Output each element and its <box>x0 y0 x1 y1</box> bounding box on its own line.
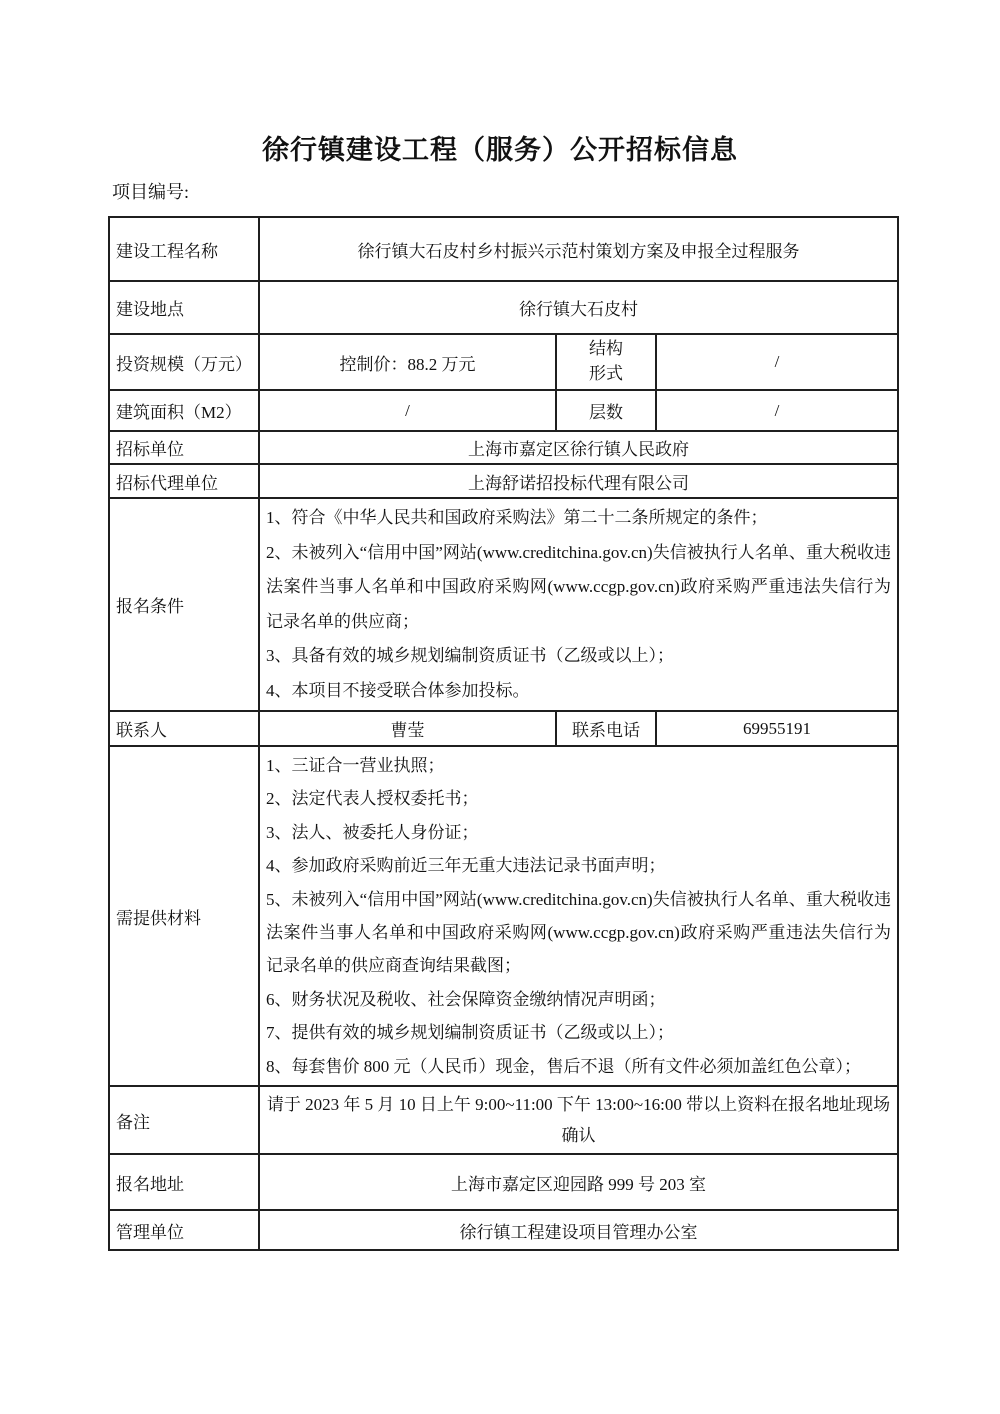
row-tender-unit: 招标单位 上海市嘉定区徐行镇人民政府 <box>109 431 898 464</box>
material-item: 6、财务状况及税收、社会保障资金缴纳情况声明函； <box>266 983 891 1016</box>
area-value: / <box>259 390 556 431</box>
investment-label: 投资规模（万元） <box>109 334 259 390</box>
contact-label: 联系人 <box>109 711 259 746</box>
material-item: 8、每套售价 800 元（人民币）现金，售后不退（所有文件必须加盖红色公章）； <box>266 1050 891 1083</box>
tender-unit-value: 上海市嘉定区徐行镇人民政府 <box>259 431 898 464</box>
remarks-label: 备注 <box>109 1086 259 1154</box>
material-item: 7、提供有效的城乡规划编制资质证书（乙级或以上）； <box>266 1016 891 1049</box>
row-area: 建筑面积（M2） / 层数 / <box>109 390 898 431</box>
location-value: 徐行镇大石皮村 <box>259 281 898 334</box>
row-address: 报名地址 上海市嘉定区迎园路 999 号 203 室 <box>109 1154 898 1210</box>
location-label: 建设地点 <box>109 281 259 334</box>
row-management: 管理单位 徐行镇工程建设项目管理办公室 <box>109 1210 898 1250</box>
material-item: 2、法定代表人授权委托书； <box>266 782 891 815</box>
structure-type-label-text: 结构形式 <box>587 337 624 386</box>
material-item: 5、未被列入“信用中国”网站(www.creditchina.gov.cn)失信… <box>266 883 891 983</box>
phone-value: 69955191 <box>656 711 898 746</box>
structure-type-label: 结构形式 <box>556 334 656 390</box>
phone-label: 联系电话 <box>556 711 656 746</box>
materials-list: 1、三证合一营业执照； 2、法定代表人授权委托书； 3、法人、被委托人身份证； … <box>259 746 898 1086</box>
row-investment: 投资规模（万元） 控制价：88.2 万元 结构形式 / <box>109 334 898 390</box>
tender-info-table: 建设工程名称 徐行镇大石皮村乡村振兴示范村策划方案及申报全过程服务 建设地点 徐… <box>108 216 899 1251</box>
conditions-label: 报名条件 <box>109 498 259 711</box>
condition-item: 2、未被列入“信用中国”网站(www.creditchina.gov.cn)失信… <box>266 536 891 640</box>
row-location: 建设地点 徐行镇大石皮村 <box>109 281 898 334</box>
conditions-list: 1、符合《中华人民共和国政府采购法》第二十二条所规定的条件； 2、未被列入“信用… <box>259 498 898 711</box>
row-agency: 招标代理单位 上海舒诺招投标代理有限公司 <box>109 464 898 498</box>
floors-label: 层数 <box>556 390 656 431</box>
row-contact: 联系人 曹莹 联系电话 69955191 <box>109 711 898 746</box>
agency-value: 上海舒诺招投标代理有限公司 <box>259 464 898 498</box>
project-number-label: 项目编号: <box>112 178 189 204</box>
management-value: 徐行镇工程建设项目管理办公室 <box>259 1210 898 1250</box>
row-project-name: 建设工程名称 徐行镇大石皮村乡村振兴示范村策划方案及申报全过程服务 <box>109 217 898 281</box>
management-label: 管理单位 <box>109 1210 259 1250</box>
address-value: 上海市嘉定区迎园路 999 号 203 室 <box>259 1154 898 1210</box>
material-item: 4、参加政府采购前近三年无重大违法记录书面声明； <box>266 849 891 882</box>
condition-item: 1、符合《中华人民共和国政府采购法》第二十二条所规定的条件； <box>266 501 891 536</box>
remarks-value: 请于 2023 年 5 月 10 日上午 9:00~11:00 下午 13:00… <box>259 1086 898 1154</box>
material-item: 3、法人、被委托人身份证； <box>266 816 891 849</box>
condition-item: 4、本项目不接受联合体参加投标。 <box>266 674 891 709</box>
project-name-value: 徐行镇大石皮村乡村振兴示范村策划方案及申报全过程服务 <box>259 217 898 281</box>
row-remarks: 备注 请于 2023 年 5 月 10 日上午 9:00~11:00 下午 13… <box>109 1086 898 1154</box>
project-name-label: 建设工程名称 <box>109 217 259 281</box>
area-label: 建筑面积（M2） <box>109 390 259 431</box>
contact-value: 曹莹 <box>259 711 556 746</box>
floors-value: / <box>656 390 898 431</box>
row-conditions: 报名条件 1、符合《中华人民共和国政府采购法》第二十二条所规定的条件； 2、未被… <box>109 498 898 711</box>
document-page: 徐行镇建设工程（服务）公开招标信息 项目编号: 建设工程名称 徐行镇大石皮村乡村… <box>0 0 1000 1414</box>
address-label: 报名地址 <box>109 1154 259 1210</box>
investment-value: 控制价：88.2 万元 <box>259 334 556 390</box>
tender-unit-label: 招标单位 <box>109 431 259 464</box>
condition-item: 3、具备有效的城乡规划编制资质证书（乙级或以上）； <box>266 639 891 674</box>
row-materials: 需提供材料 1、三证合一营业执照； 2、法定代表人授权委托书； 3、法人、被委托… <box>109 746 898 1086</box>
material-item: 1、三证合一营业执照； <box>266 749 891 782</box>
agency-label: 招标代理单位 <box>109 464 259 498</box>
structure-type-value: / <box>656 334 898 390</box>
document-title: 徐行镇建设工程（服务）公开招标信息 <box>0 128 1000 167</box>
materials-label: 需提供材料 <box>109 746 259 1086</box>
